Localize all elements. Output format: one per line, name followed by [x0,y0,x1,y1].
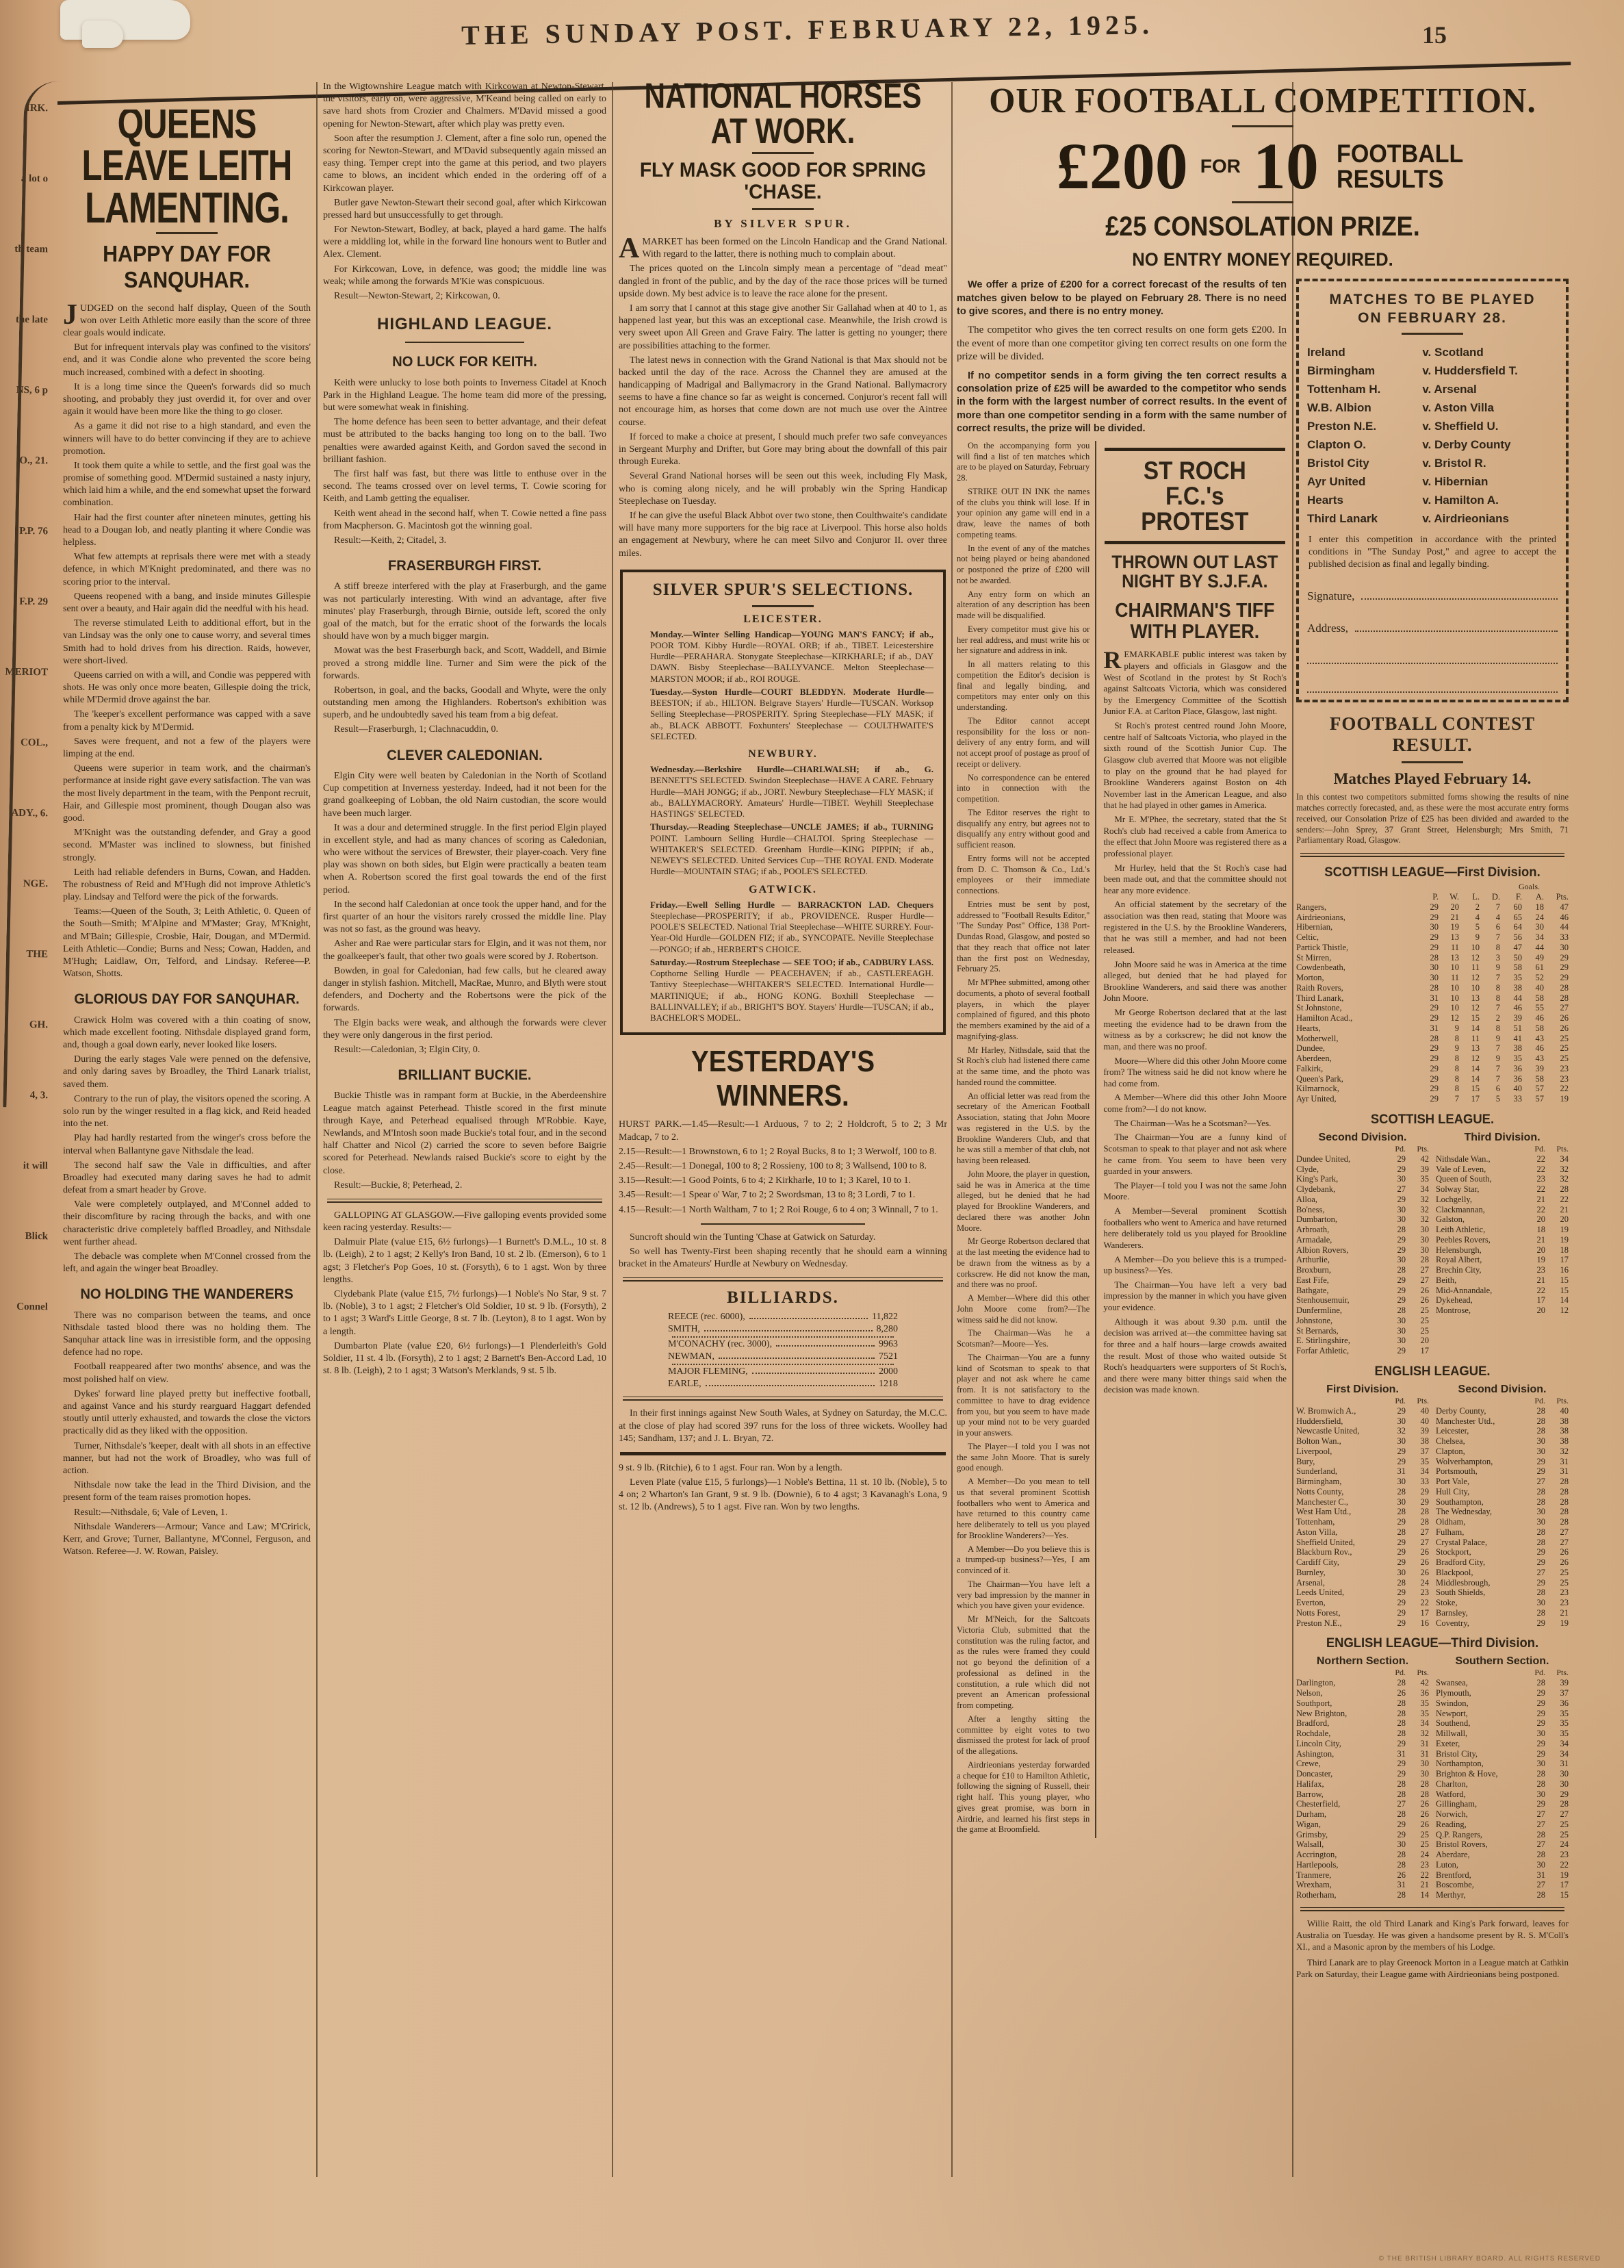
winner-line: 2.45—Result:—1 Donegal, 100 to 8; 2 Ross… [619,1160,947,1173]
table-row: Birmingham,3033 [1296,1477,1429,1487]
table-row: Hamilton Acad., 29 12 15 2 39 46 26 [1296,1013,1569,1023]
winner-line: HURST PARK.—1.45—Result:—1 Arduous, 7 to… [619,1119,947,1143]
text-block: Soon after the resumption J. Clement, af… [323,133,606,195]
table-row: Exeter,2934 [1436,1739,1569,1749]
points: 24 [1545,1839,1569,1850]
points: 34 [1545,1739,1569,1749]
lost: 10 [1459,943,1480,953]
team-name: Ashington, [1296,1749,1382,1759]
won: 10 [1439,983,1459,993]
team-name: Dundee United, [1296,1154,1382,1164]
goals-for: 46 [1500,1003,1522,1013]
table-row: Newport,2935 [1436,1709,1569,1719]
drawn: 5 [1480,1094,1500,1104]
points: 30 [1545,1769,1569,1779]
lost: 2 [1459,902,1480,913]
text-block: Teams:—Queen of the South, 3; Leith Athl… [63,906,311,980]
won: 11 [1439,973,1459,983]
table-row: Bristol Rovers,2724 [1436,1839,1569,1850]
table-row: Cowdenbeath, 30 10 11 9 58 61 29 [1296,963,1569,973]
text-block: John Moore said he was in America at the… [1103,959,1287,1005]
drawn: 7 [1480,1064,1500,1074]
won: 7 [1439,1094,1459,1104]
spacer [1436,1144,1522,1154]
table-header: P. W. L. D. F. A. Pts. [1296,892,1569,902]
divider [1402,333,1463,335]
table-row: Wrexham,3121 [1296,1880,1429,1890]
table-row: Arthurlie,3028 [1296,1255,1429,1265]
played: 27 [1382,1799,1406,1809]
table-row: Darlington,2842 [1296,1678,1429,1688]
text-block: REMARKABLE public interest was taken by … [1103,649,1287,717]
team-name: Notts Forest, [1296,1608,1382,1618]
table-row: Bradford City,2926 [1436,1557,1569,1568]
billiards-row: NEWMAN, 7521 [668,1351,898,1362]
team-name: Lochgelly, [1436,1195,1522,1205]
team-name: Bradford City, [1436,1557,1522,1568]
text-block: Hair had the first counter after ninetee… [63,512,311,550]
text-block: Entries must be sent by post, addressed … [957,900,1090,975]
team-name: Q.P. Rangers, [1436,1830,1522,1840]
team-name: Norwich, [1436,1809,1522,1820]
team-name: Halifax, [1296,1779,1382,1789]
table-row: Morton, 30 11 12 7 35 52 29 [1296,973,1569,983]
spine-fragment: NGE. [0,878,52,891]
winner-line: 4.15—Result:—1 North Waltham, 7 to 1; 2 … [619,1204,947,1216]
torn-paper-patch-small [82,21,123,48]
column-queens: QUEENS LEAVE LEITH LAMENTING. HAPPY DAY … [63,110,311,2184]
points: 15 [1545,1890,1569,1900]
won: 19 [1439,922,1459,932]
table-row: Forfar Athletic,2917 [1296,1346,1429,1356]
table-row: Stoke,3023 [1436,1598,1569,1608]
points: 38 [1406,1436,1429,1447]
text-block: Buckie Thistle was in rampant form at Bu… [323,1090,606,1177]
won: 10 [1439,993,1459,1004]
goals-for: 36 [1500,1074,1522,1084]
played: 29 [1418,1043,1439,1054]
points: 29 [1406,1487,1429,1497]
text-block: A MARKET has been formed on the Lincoln … [619,236,947,261]
table-row: Luton,3022 [1436,1860,1569,1870]
table-row: Crewe,2930 [1296,1759,1429,1769]
played: 22 [1522,1205,1545,1215]
played: 23 [1522,1265,1545,1275]
player-score: 9963 [879,1339,898,1350]
points: 35 [1406,1174,1429,1184]
team-name: Rangers, [1296,902,1418,913]
team-name: Grimsby, [1296,1830,1382,1840]
table-row: Bolton Wan.,3038 [1296,1436,1429,1447]
article-body: JUDGED on the second half display, Queen… [63,303,311,1559]
points: 28 [1545,1497,1569,1507]
played: 29 [1382,1547,1406,1557]
team-name: Hartlepools, [1296,1860,1382,1870]
text-block: A Member—Several prominent Scottish foot… [1103,1206,1287,1251]
points: 29 [1544,963,1569,973]
points: 32 [1545,1174,1569,1184]
table-row: Rangers, 29 20 2 7 60 18 47 [1296,902,1569,913]
goals-against: 40 [1522,983,1544,993]
st-roch-column: ST ROCH F.C.'s PROTEST THROWN OUT LAST N… [1095,441,1287,1838]
won: 10 [1439,963,1459,973]
team-name: Dykehead, [1436,1295,1522,1305]
table-row: Hibernian, 30 19 5 6 64 30 44 [1296,922,1569,932]
team-name: Ayr United, [1296,1094,1418,1104]
lost: 14 [1459,1023,1480,1034]
played: 29 [1522,1799,1545,1809]
table-row: Peebles Rovers,2119 [1436,1235,1569,1245]
points: 25 [1406,1316,1429,1326]
points: 36 [1406,1688,1429,1698]
lost: 15 [1459,1084,1480,1094]
won: 10 [1439,1003,1459,1013]
points: 32 [1545,1447,1569,1457]
goals-against: 57 [1522,1094,1544,1104]
text-block: John Moore, the player in question, said… [957,1169,1090,1234]
points: 29 [1544,973,1569,983]
table-row: Watford,3029 [1436,1789,1569,1800]
home-team: Ireland [1307,346,1422,359]
lost: 13 [1459,1043,1480,1054]
winner-line: So well has Twenty-First been shaping re… [619,1246,947,1271]
table-row: Raith Rovers, 28 10 10 8 38 40 28 [1296,983,1569,993]
team-name: Fulham, [1436,1527,1522,1538]
team-name: Exeter, [1436,1739,1522,1749]
masthead-title: THE SUNDAY POST. FEBRUARY 22, 1925. [294,5,1322,54]
team-name: Wigan, [1296,1820,1382,1830]
goals-against: 24 [1522,913,1544,923]
table-row: Dundee United,2942 [1296,1154,1429,1164]
text-block: In their first innings against New South… [619,1407,947,1445]
text-block: The home defence has been seen to better… [323,416,606,466]
played: 28 [1382,1809,1406,1820]
text-block: An official statement by the secretary o… [1103,899,1287,956]
pts-header: Pts. [1545,1396,1569,1406]
table-row: Galston,2020 [1436,1214,1569,1225]
played: 28 [1522,1487,1545,1497]
entry-title-line1: MATCHES TO BE PLAYED [1330,292,1536,307]
team-name: Reading, [1436,1820,1522,1830]
points: 25 [1545,1830,1569,1840]
goals-for: 40 [1500,1084,1522,1094]
text-block: The first half was fast, but there was l… [323,468,606,506]
no-entry-line: NO ENTRY MONEY REQUIRED. [972,249,1553,270]
headline-st-roch: ST ROCH F.C.'s PROTEST [1113,458,1278,534]
team-name: Millwall, [1436,1729,1522,1739]
played: 29 [1382,1195,1406,1205]
points: 42 [1406,1154,1429,1164]
table-row: Preston N.E.,2916 [1296,1618,1429,1629]
spine-fragment: NS, 6 p [0,385,52,397]
table-row: Dumbarton,3032 [1296,1214,1429,1225]
table-row: Bradford,2834 [1296,1718,1429,1729]
played: 29 [1418,932,1439,943]
played: 27 [1522,1820,1545,1830]
address-extra-row[interactable] [1307,682,1558,693]
team-name: Clapton, [1436,1447,1522,1457]
team-name: Crewe, [1296,1759,1382,1769]
team-name: Tranmere, [1296,1870,1382,1881]
address-line2[interactable] [1307,653,1558,664]
played: 28 [1418,983,1439,993]
text-block: Crawick Holm was covered with a thin coa… [63,1015,311,1052]
player-name: REECE (rec. 6000), [668,1312,745,1323]
selection-entry: Tuesday.—Syston Hurdle—COURT BLEDDYN. Mo… [632,687,933,742]
team-name: Mid-Annandale, [1436,1286,1522,1296]
division-title: Southern Section. [1436,1655,1569,1668]
column-form-and-tables: MATCHES TO BE PLAYED ON FEBRUARY 28. Ire… [1296,279,1569,1984]
points: 28 [1545,1799,1569,1809]
table-row: Oldham,3028 [1436,1517,1569,1527]
text-block: In the second half Caledonian at once to… [323,899,606,936]
address-line3[interactable] [1307,682,1558,693]
text-block: In the Wigtownshire League match with Ki… [323,81,606,131]
points: 28 [1545,1487,1569,1497]
text-block: The competitor who gives the ten correct… [957,324,1287,364]
played: 22 [1522,1164,1545,1175]
points: 26 [1406,1547,1429,1557]
goals-for: 51 [1500,1023,1522,1034]
team-name: Dumbarton, [1296,1214,1382,1225]
team-name: Broxburn, [1296,1265,1382,1275]
table-row: Airdrieonians, 29 21 4 4 65 24 46 [1296,913,1569,923]
text-block: CHAIRMAN'S TIFF WITH PLAYER. [1111,600,1279,642]
billiards-row: MAJOR FLEMING, 2000 [668,1366,898,1377]
lost: 10 [1459,983,1480,993]
table-row: Ashington,3131 [1296,1749,1429,1759]
text-block: Result—Fraserburgh, 1; Clachnacuddin, 0. [323,724,606,736]
team-name: Accrington, [1296,1850,1382,1860]
table-row: East Fife,2927 [1296,1275,1429,1286]
table-row: Armadale,2930 [1296,1235,1429,1245]
table-row: Tottenham,2928 [1296,1517,1429,1527]
points: 19 [1545,1618,1569,1629]
drawn: 8 [1480,1023,1500,1034]
table-row: Stenhousemuir,2926 [1296,1295,1429,1305]
conditions-column: On the accompanying form you will find a… [957,441,1095,1838]
played: 23 [1522,1174,1545,1184]
points: 25 [1545,1568,1569,1578]
lost: 13 [1459,993,1480,1004]
text-block: Dalmuir Plate (value £15, 6½ furlongs)—1… [323,1236,606,1286]
won: 21 [1439,913,1459,923]
divider [1300,853,1564,857]
dot-leader [776,1345,875,1347]
text-block: The latest news in connection with the G… [619,355,947,429]
played: 29 [1418,1084,1439,1094]
text-block: Airdrieonians yesterday forwarded a cheq… [957,1760,1090,1835]
table-row: Montrose,2012 [1436,1305,1569,1316]
points: 25 [1406,1839,1429,1850]
table-row: Crystal Palace,2827 [1436,1538,1569,1548]
team-name: Stockport, [1436,1547,1522,1557]
signature-row[interactable]: Signature, [1307,589,1558,603]
lost: 12 [1459,1054,1480,1064]
team-name: Port Vale, [1436,1477,1522,1487]
text-block: Mr Harley, Nithsdale, said that the St R… [957,1045,1090,1088]
col-header: W. [1439,892,1459,902]
played: 30 [1522,1447,1545,1457]
text-block: A Member—Where did this other John Moore… [957,1293,1090,1325]
team-name: Birmingham, [1296,1477,1382,1487]
team-name: Beith, [1436,1275,1522,1286]
team-name: Northampton, [1436,1759,1522,1769]
points: 37 [1406,1447,1429,1457]
english-third-division-tables: ENGLISH LEAGUE—Third Division. Northern … [1296,1636,1569,1900]
text-block: Every competitor must give his or her re… [957,624,1090,657]
table-row: Derby County,2840 [1436,1406,1569,1416]
played: 28 [1382,1850,1406,1860]
played: 30 [1382,1568,1406,1578]
signature-line[interactable] [1361,589,1558,600]
points: 19 [1545,1870,1569,1881]
played: 20 [1522,1245,1545,1256]
lost: 12 [1459,953,1480,963]
billiards-row [668,1336,898,1338]
drawn: 4 [1480,913,1500,923]
headline-national-horses: NATIONAL HORSES AT WORK. [635,81,931,149]
text-block: Keith were unlucky to lose both points t… [323,377,606,415]
table-row: Gillingham,2928 [1436,1799,1569,1809]
team-name: Bury, [1296,1457,1382,1467]
drawn: 8 [1480,993,1500,1004]
team-name: Walsall, [1296,1839,1382,1850]
text-block: GLORIOUS DAY FOR SANQUHAR. [68,990,306,1008]
points: 17 [1545,1255,1569,1265]
points: 38 [1545,1416,1569,1427]
played: 29 [1418,943,1439,953]
text-block: The reverse stimulated Leith to addition… [63,617,311,667]
points: 27 [1406,1265,1429,1275]
lost: 9 [1459,932,1480,943]
pd-header: Pd. [1522,1396,1545,1406]
text-block: Butler gave Newton-Stewart their second … [323,197,606,222]
address-row[interactable]: Address, [1307,621,1558,635]
text-block: Keith went ahead in the second half, whe… [323,508,606,533]
points: 33 [1406,1477,1429,1487]
table-row: Solway Star,2228 [1436,1184,1569,1195]
won: 9 [1439,1043,1459,1054]
table-rows: Darlington,2842Nelson,2636Southport,2835… [1296,1678,1429,1900]
table-row: Johnstone,3025 [1296,1316,1429,1326]
points: 15 [1545,1286,1569,1296]
text-block: Leven Plate (value £15, 5 furlongs)—1 No… [619,1477,947,1514]
team-name: Middlesbrough, [1436,1578,1522,1588]
played: 30 [1382,1839,1406,1850]
away-team: v. Arsenal [1422,383,1558,396]
table-row: Millwall,3035 [1436,1729,1569,1739]
points: 19 [1545,1235,1569,1245]
results-line2: RESULTS [1337,165,1443,193]
played: 29 [1522,1709,1545,1719]
points: 30 [1545,1779,1569,1789]
table-row: Bury,2935 [1296,1457,1429,1467]
played: 28 [1382,1507,1406,1517]
played: 28 [1522,1779,1545,1789]
dot-leader [719,1358,875,1359]
played: 30 [1522,1517,1545,1527]
played: 30 [1382,1336,1406,1346]
points: 27 [1406,1275,1429,1286]
text-block: Entry forms will not be accepted from D.… [957,854,1090,897]
played: 29 [1522,1749,1545,1759]
winner-line: 2.15—Result:—1 Brownstown, 6 to 1; 2 Roy… [619,1146,947,1158]
lost: 14 [1459,1064,1480,1074]
article-body: In the Wigtownshire League match with Ki… [323,81,606,1377]
team-name: Peebles Rovers, [1436,1235,1522,1245]
played: 29 [1522,1698,1545,1709]
consolation-line: £25 CONSOLATION PRIZE. [988,212,1538,242]
goals-for: 35 [1500,973,1522,983]
text-block: Turner, Nithsdale's 'keeper, dealt with … [63,1440,311,1478]
points: 28 [1545,1517,1569,1527]
pd-header: Pd. [1382,1668,1406,1678]
text-block: Elgin City were well beaten by Caledonia… [323,770,606,820]
address-extra-row[interactable] [1307,653,1558,664]
points: 42 [1406,1678,1429,1688]
played: 31 [1522,1870,1545,1881]
spine-fragment: F.P. 29 [0,596,52,609]
team-name: Leicester, [1436,1426,1522,1436]
scottish-lower-divisions: SCOTTISH LEAGUE. Second Division. Pd.Pts… [1296,1112,1569,1356]
table-row: Dundee, 29 9 13 7 38 46 25 [1296,1043,1569,1054]
home-team: Birmingham [1307,364,1422,378]
table-row: Q.P. Rangers,2825 [1436,1830,1569,1840]
team-name: Falkirk, [1296,1064,1418,1074]
table-title: ENGLISH LEAGUE. [1300,1364,1564,1379]
selection-entry: Saturday.—Rostrum Steeplechase — SEE TOO… [632,957,933,1024]
second-division-table: Second Division. Pd.Pts. Dundee United,2… [1296,1129,1429,1356]
player-name: NEWMAN, [668,1351,714,1362]
team-name: Watford, [1436,1789,1522,1800]
english-league-tables: ENGLISH LEAGUE. First Division. Pd.Pts. … [1296,1364,1569,1629]
player-score: 2000 [879,1366,898,1377]
fixture-row: Ireland v. Scotland [1307,346,1558,359]
points: 27 [1406,1527,1429,1538]
played: 30 [1382,1326,1406,1336]
fixture-row: Hearts v. Hamilton A. [1307,494,1558,507]
table-row: Aston Villa,2827 [1296,1527,1429,1538]
goals-against: 57 [1522,1084,1544,1094]
points: 28 [1406,1507,1429,1517]
points: 27 [1545,1538,1569,1548]
table-row: Grimsby,2925 [1296,1830,1429,1840]
column-rule [316,82,318,2177]
headline-billiards: BILLIARDS. [619,1288,947,1308]
team-name: South Shields, [1436,1588,1522,1598]
played: 28 [1522,1416,1545,1427]
away-team: v. Aston Villa [1422,401,1558,415]
played: 30 [1522,1789,1545,1800]
played: 30 [1418,973,1439,983]
lost: 17 [1459,1094,1480,1104]
column-rule [951,82,953,2177]
dot-leader [704,1330,872,1332]
text-block: Vale were completely outplayed, and M'Co… [63,1199,311,1249]
played: 29 [1522,1739,1545,1749]
text-block: As a game it did not rise to a high stan… [63,420,311,458]
home-team: Clapton O. [1307,438,1422,452]
table-row: Walsall,3025 [1296,1839,1429,1850]
spine-fragment: GH. [0,1019,52,1032]
lost: 4 [1459,913,1480,923]
table-row: Blackburn Rov.,2926 [1296,1547,1429,1557]
points: 15 [1545,1275,1569,1286]
address-line[interactable] [1355,621,1558,632]
table-rows: Swansea,2839Plymouth,2937Swindon,2936New… [1436,1678,1569,1900]
table-row: Swansea,2839 [1436,1678,1569,1688]
